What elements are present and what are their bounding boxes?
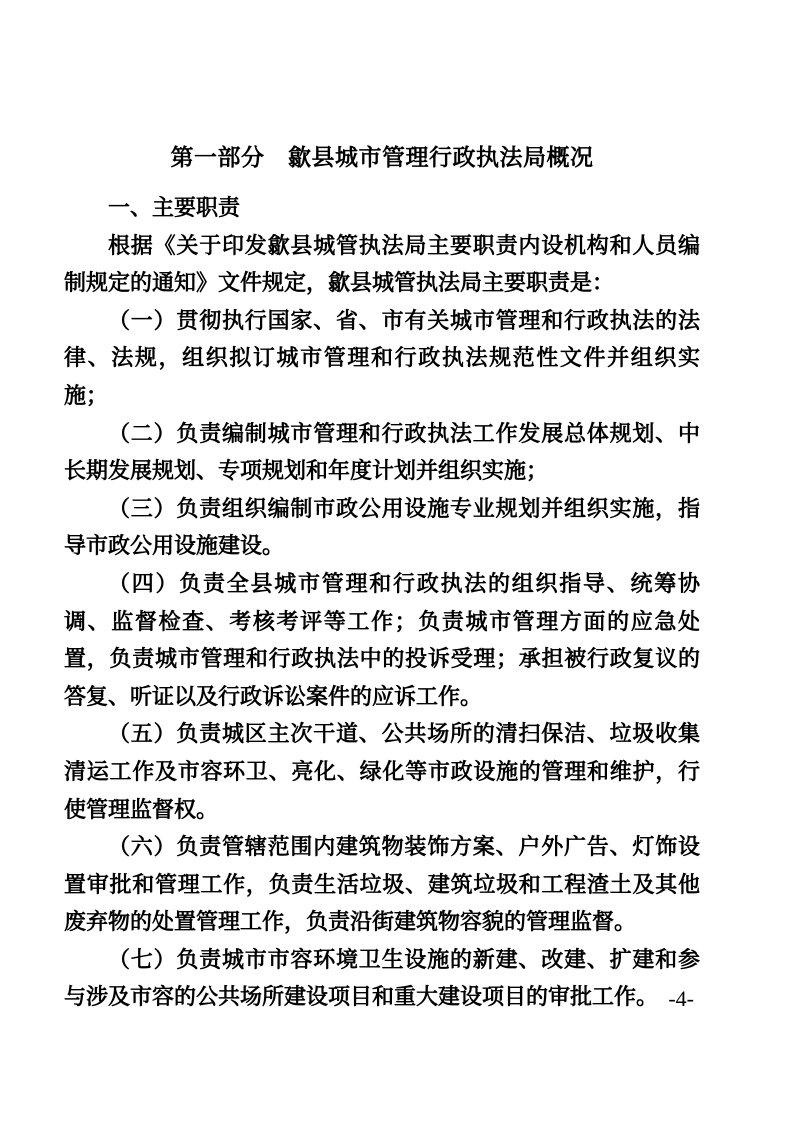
paragraph-item-4: （四）负责全县城市管理和行政执法的组织指导、统筹协调、监督检查、考核考评等工作；… <box>64 565 700 715</box>
paragraph-item-5: （五）负责城区主次干道、公共场所的清扫保洁、垃圾收集清运工作及市容环卫、亮化、绿… <box>64 715 700 828</box>
paragraph-item-7: （七）负责城市市容环境卫生设施的新建、改建、扩建和参与涉及市容的公共场所建设项目… <box>64 941 700 1016</box>
paragraph-item-2: （二）负责编制城市管理和行政执法工作发展总体规划、中长期发展规划、专项规划和年度… <box>64 415 700 490</box>
document-title: 第一部分 歙县城市管理行政执法局概况 <box>64 140 700 174</box>
page-number: -4- <box>668 986 694 1012</box>
document-page: 第一部分 歙县城市管理行政执法局概况 一、主要职责 根据《关于印发歙县城管执法局… <box>0 0 794 1122</box>
paragraph-intro: 根据《关于印发歙县城管执法局主要职责内设机构和人员编制规定的通知》文件规定，歙县… <box>64 227 700 302</box>
paragraph-item-6: （六）负责管辖范围内建筑物装饰方案、户外广告、灯饰设置审批和管理工作，负责生活垃… <box>64 828 700 941</box>
section-heading: 一、主要职责 <box>64 189 700 227</box>
document-content: 第一部分 歙县城市管理行政执法局概况 一、主要职责 根据《关于印发歙县城管执法局… <box>64 140 700 1016</box>
paragraph-item-3: （三）负责组织编制市政公用设施专业规划并组织实施，指导市政公用设施建设。 <box>64 490 700 565</box>
paragraph-item-1: （一）贯彻执行国家、省、市有关城市管理和行政执法的法律、法规，组织拟订城市管理和… <box>64 302 700 415</box>
